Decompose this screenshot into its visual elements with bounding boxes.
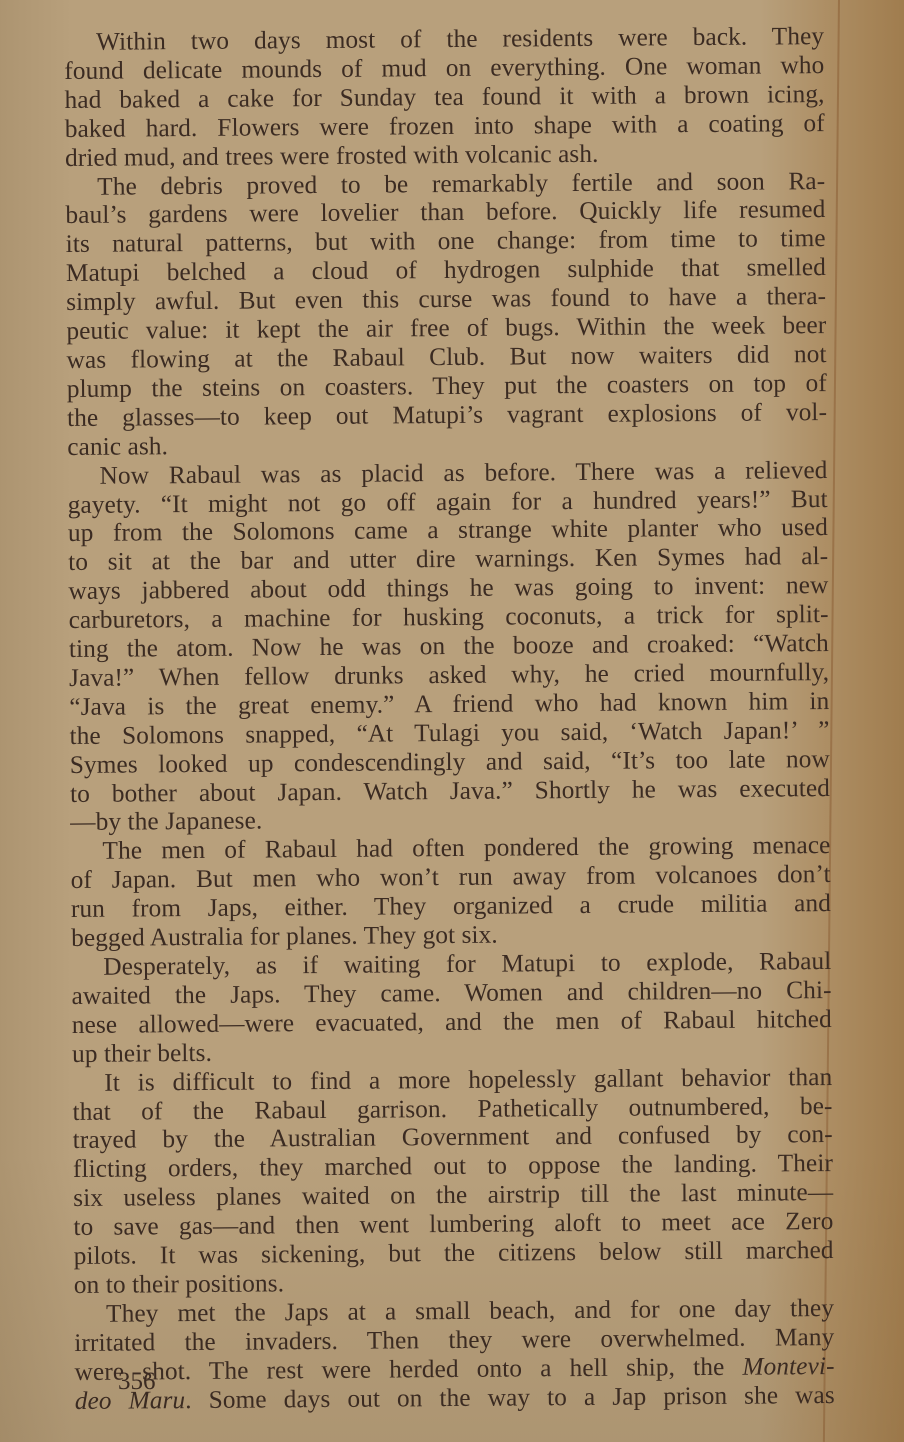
text-line: nese allowed—were evacuated, and the men… <box>72 1005 832 1040</box>
paragraph-6: It is difficult to find a more hopelessl… <box>72 1063 834 1300</box>
paragraph-1: Within two days most of the residents we… <box>64 22 825 172</box>
text-line: run from Japs, either. They organized a … <box>71 889 831 924</box>
paragraph-4: The men of Rabaul had often pondered the… <box>70 831 831 953</box>
body-text: Within two days most of the residents we… <box>64 22 835 1415</box>
text-line: deo Maru. Some days out on the way to a … <box>75 1381 835 1416</box>
text-run: . Some days out on the way to a Jap pris… <box>185 1381 835 1414</box>
text-line: pilots. It was sickening, but the citize… <box>74 1236 834 1271</box>
paragraph-2: The debris proved to be remarkably ferti… <box>65 167 827 462</box>
book-page: Within two days most of the residents we… <box>0 0 904 1442</box>
text-line: the glasses—to keep out Matupi’s vagrant… <box>67 398 827 433</box>
page-number: 356 <box>118 1368 156 1396</box>
text-run: were shot. The rest were herded onto a h… <box>74 1352 742 1385</box>
paragraph-7: They met the Japs at a small beach, and … <box>74 1294 835 1416</box>
paragraph-5: Desperately, as if waiting for Matupi to… <box>71 947 832 1069</box>
ship-name-italic: Montevi- <box>742 1352 834 1381</box>
text-line: baked hard. Flowers were frozen into sha… <box>65 109 825 144</box>
paragraph-3: Now Rabaul was as placid as before. Ther… <box>67 456 830 838</box>
